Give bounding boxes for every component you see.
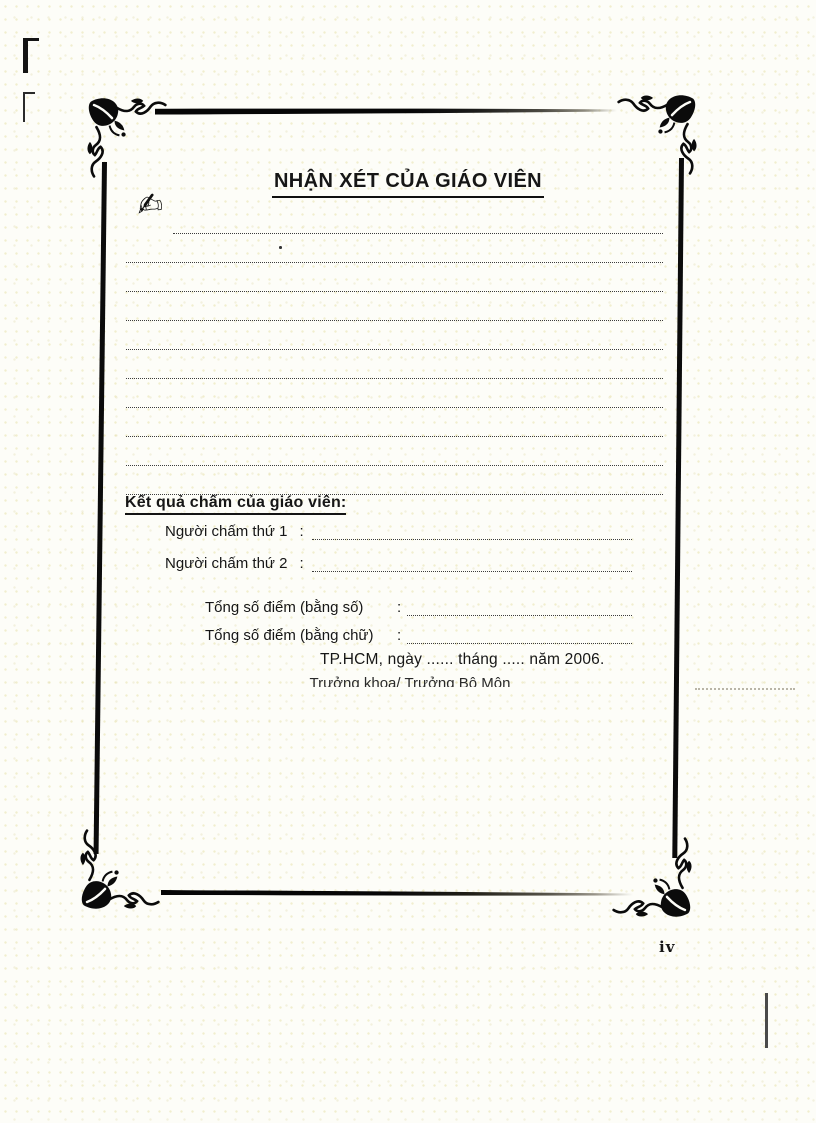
colon: : — [299, 555, 303, 572]
comment-line — [126, 263, 663, 292]
floral-corner-icon — [78, 829, 160, 911]
grader-row-2: Người chấm thứ 2 : — [165, 552, 632, 572]
colon: : — [397, 599, 401, 616]
colon: : — [397, 627, 401, 644]
date-line: TP.HCM, ngày ...... tháng ..... năm 2006… — [320, 651, 604, 669]
grader-row-1: Người chấm thứ 1 : — [165, 520, 632, 540]
dotted-fill-line — [312, 557, 632, 572]
page-title: NHẬN XÉT CỦA GIÁO VIÊN — [95, 170, 687, 198]
comment-line — [126, 408, 663, 437]
floral-corner-icon — [612, 837, 694, 919]
comment-line — [126, 292, 663, 321]
signature-title: Trưởng khoa/ Trưởng Bộ Môn — [280, 676, 540, 687]
comment-line — [126, 321, 663, 350]
dotted-fill-line — [407, 601, 632, 616]
floral-corner-icon — [617, 93, 699, 175]
scan-dotted-trail — [695, 688, 795, 690]
comment-line — [126, 234, 663, 263]
scanned-document-page: NHẬN XÉT CỦA GIÁO VIÊN ✍ Kết quả chấm củ… — [0, 0, 816, 1123]
dotted-fill-line — [312, 525, 632, 540]
frame-border-right — [672, 158, 684, 858]
scan-line-mark — [765, 993, 768, 1048]
comment-lines — [126, 205, 663, 495]
frame-border-top — [155, 107, 617, 114]
floral-corner-icon — [85, 96, 167, 178]
score-row-numeric: Tổng số điểm (bằng số) : — [205, 596, 632, 616]
colon: : — [299, 523, 303, 540]
frame-border-left — [94, 162, 107, 854]
comment-line — [126, 350, 663, 379]
decorative-frame: NHẬN XÉT CỦA GIÁO VIÊN ✍ Kết quả chấm củ… — [95, 100, 687, 898]
grader-label: Người chấm thứ 1 — [165, 523, 287, 540]
scan-bracket-mark — [23, 38, 39, 73]
comment-line — [173, 205, 663, 234]
score-label: Tổng số điểm (bằng chữ) — [205, 627, 397, 644]
grading-heading: Kết quả chấm của giáo viên: — [125, 494, 346, 515]
score-label: Tổng số điểm (bằng số) — [205, 599, 397, 616]
comment-line — [126, 379, 663, 408]
frame-border-bottom — [161, 890, 633, 897]
grader-label: Người chấm thứ 2 — [165, 555, 287, 572]
scan-bracket-mark — [23, 92, 35, 122]
comment-line — [126, 466, 663, 495]
page-number: iv — [659, 938, 675, 956]
score-row-words: Tổng số điểm (bằng chữ) : — [205, 624, 632, 644]
dotted-fill-line — [407, 629, 632, 644]
comment-line — [126, 437, 663, 466]
